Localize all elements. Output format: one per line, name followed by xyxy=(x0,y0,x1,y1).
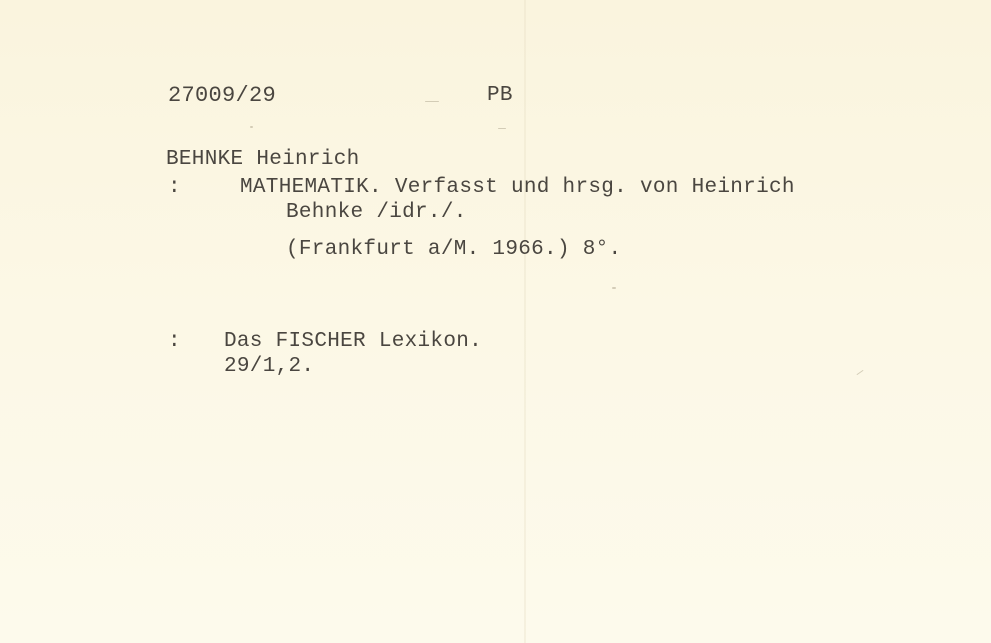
series-marker: : xyxy=(168,330,181,354)
card-fold-line xyxy=(524,0,526,643)
series-title: Das FISCHER Lexikon. xyxy=(224,330,482,354)
paper-speck xyxy=(856,370,863,375)
imprint: (Frankfurt a/M. 1966.) 8°. xyxy=(286,238,621,262)
title-line-2: Behnke /idr./. xyxy=(286,201,467,225)
call-number: 27009/29 xyxy=(168,84,276,108)
title-marker: : xyxy=(168,176,181,200)
author-heading: BEHNKE Heinrich xyxy=(166,148,360,172)
paper-speck xyxy=(425,101,439,102)
catalog-card: 27009/29 PB BEHNKE Heinrich : MATHEMATIK… xyxy=(0,0,991,643)
title-line-1: MATHEMATIK. Verfasst und hrsg. von Heinr… xyxy=(240,176,795,200)
paper-speck xyxy=(612,287,616,289)
paper-speck xyxy=(498,128,506,129)
location-code: PB xyxy=(487,84,513,108)
series-volume: 29/1,2. xyxy=(224,355,314,379)
paper-speck xyxy=(250,126,253,128)
